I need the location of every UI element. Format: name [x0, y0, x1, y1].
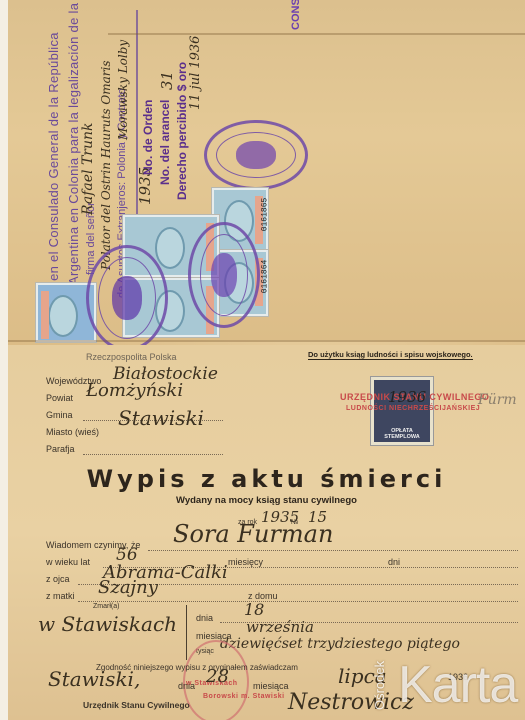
parish-line: [83, 454, 223, 455]
country-label: Rzeczpospolita Polska: [86, 352, 177, 362]
fold-line: [108, 33, 525, 35]
visa-line-1: Visto en el Consulado General de la Repú…: [46, 32, 61, 315]
consulate-seal-right: [188, 222, 260, 328]
name-line: [148, 550, 518, 551]
age-label: w wieku lat: [46, 557, 90, 567]
watermark-prefix: Ośrodek: [372, 661, 387, 710]
tax-stamp-date: 1936: [388, 388, 426, 406]
margin-note: Fürm: [478, 392, 517, 408]
official-red-stamp: Borowski m. Stawiski: [203, 693, 285, 700]
issue-month-label: miesiąca: [253, 681, 289, 691]
red-overprint-2: LUDNOŚCI NIECHRZEŚCIJAŃSKIEJ: [346, 405, 480, 412]
parish-label: Parafja: [46, 444, 75, 454]
consulate-seal-left: [86, 245, 168, 351]
official-label: Urzędnik Stanu Cywilnego: [83, 700, 190, 710]
official-signature: Nestrowicz: [288, 690, 414, 715]
consulate-visa-panel: Visto en el Consulado General de la Repú…: [8, 0, 525, 340]
top-stamp-partial: CONSU: [290, 0, 302, 30]
order-no-label: No. de Orden: [141, 100, 155, 175]
certificate-subtitle: Wydany na mocy ksiąg stanu cywilnego: [8, 495, 525, 506]
deceased-name: Sora Furman: [173, 520, 333, 548]
county-label: Powiat: [46, 393, 73, 403]
mother-line: [78, 601, 518, 602]
death-place: w Stawiskach: [38, 612, 177, 636]
divider: [186, 605, 187, 660]
tariff-no-label: No. del arancel: [158, 100, 172, 185]
certificate-title: Wypis z aktu śmierci: [8, 465, 525, 493]
month-value: września: [246, 618, 314, 636]
town-label: Miasto (wieś): [46, 427, 99, 437]
issue-place: Stawiski,: [48, 667, 140, 691]
consulate-seal-top: [204, 120, 308, 190]
issue-day-label: dnia: [178, 681, 195, 691]
visa-date: 11 jul 1936: [188, 36, 203, 110]
mother-value: Szajny: [98, 577, 158, 598]
mother-label: z matki: [46, 591, 75, 601]
usage-note: Do użytku ksiąg ludności i spisu wojskow…: [308, 350, 473, 360]
visa-handwritten-2: Morawsky Lolby: [116, 40, 130, 140]
visa-handwritten-1: Rafael Trunk: [80, 123, 96, 216]
visa-line-4: Polator del Ostrin Hauruts Omaris: [99, 61, 113, 270]
order-no-value: 31: [158, 71, 176, 90]
died-label: Zmarł(a): [93, 603, 119, 610]
months-label: miesięcy: [228, 557, 263, 567]
scan-edge: [0, 0, 8, 720]
year-words-value: dziewięćset trzydziestego piątego: [220, 636, 460, 652]
town-value: Stawiski: [118, 406, 204, 430]
middle-fold: [8, 340, 525, 342]
fee-label: Derecho percibido $ oro: [175, 62, 189, 200]
days-label: dni: [388, 557, 400, 567]
father-label: z ojca: [46, 574, 70, 584]
document-page: Visto en el Consulado General de la Repú…: [8, 0, 525, 720]
issue-day: 28: [206, 666, 229, 687]
county-value: Łomżyński: [86, 380, 183, 401]
day-label: dnia: [196, 613, 213, 623]
commune-label: Gmina: [46, 410, 73, 420]
visa-line-2: Argentina en Colonia para la legalizació…: [66, 3, 81, 285]
karta-watermark: Karta: [398, 655, 517, 715]
day-value: 18: [244, 600, 264, 619]
